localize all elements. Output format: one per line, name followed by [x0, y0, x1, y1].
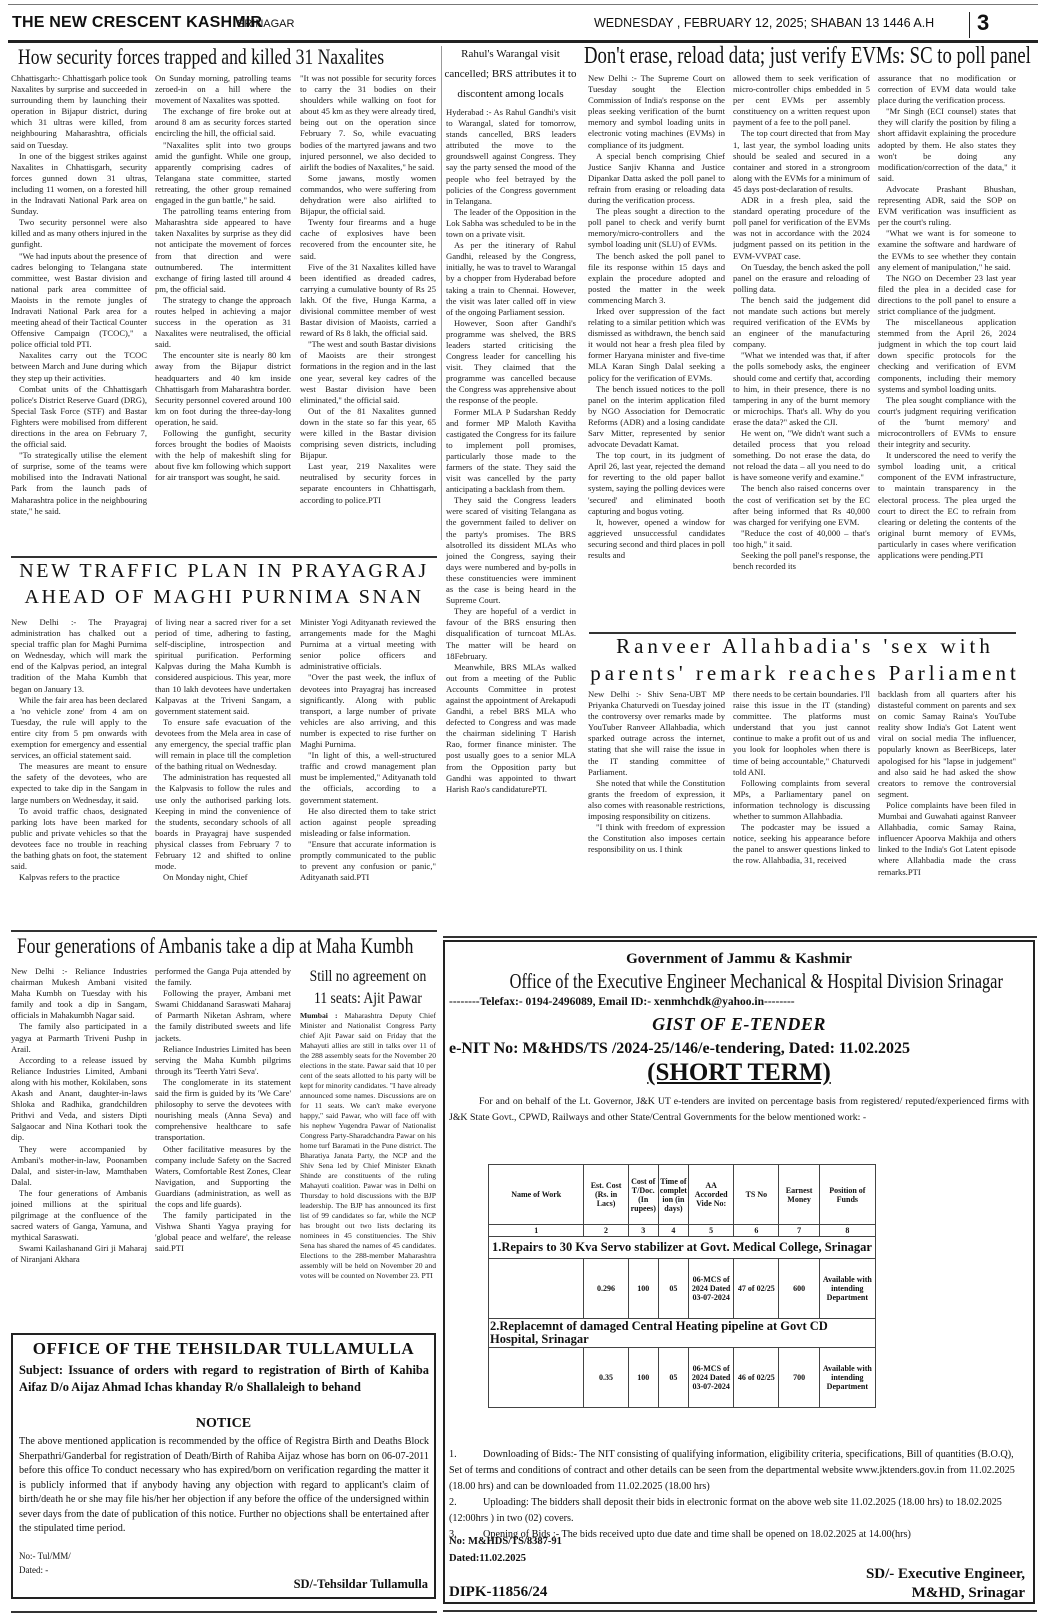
tender-ref-no: No: M&HDS/TS/8387-91 — [449, 1536, 562, 1547]
col-number: 1 — [489, 1225, 584, 1237]
paragraph: New Delhi :- The Supreme Court on Tuesda… — [588, 73, 725, 151]
cell: 0.296 — [584, 1259, 628, 1319]
cell: Available with intending Department — [819, 1348, 875, 1408]
paragraph: On Tuesday, the bench asked the poll pan… — [733, 262, 870, 295]
pawar-headline: Still no agreement on 11 seats: Ajit Paw… — [299, 966, 437, 1010]
work-title: 2.Replacemnt of damaged Central Heating … — [489, 1319, 876, 1348]
paragraph: Irked over suppression of the fact relat… — [588, 306, 725, 384]
cell: 06-MCS of 2024 Dated 03-07-2024 — [689, 1348, 734, 1408]
paragraph: The family also participated in a yagya … — [11, 1021, 147, 1054]
col-header: Position of Funds — [819, 1165, 875, 1225]
paragraph: The bench also raised concerns over the … — [733, 483, 870, 527]
cell: 100 — [628, 1259, 658, 1319]
traffic-col-3: Minister Yogi Adityanath reviewed the ar… — [300, 617, 436, 927]
cell — [489, 1259, 584, 1319]
masthead-divider — [969, 12, 970, 38]
paragraph: The top court directed that from May 1, … — [733, 128, 870, 195]
masthead: THE NEW CRESCENT KASHMIR SRINAGAR WEDNES… — [12, 12, 1036, 40]
ranveer-col-1: New Delhi :- Shiv Sena-UBT MP Priyanka C… — [588, 689, 725, 934]
paragraph: Out of the 81 Naxalites gunned down in t… — [300, 406, 436, 461]
tender-ref-dated: Dated:11.02.2025 — [449, 1553, 526, 1564]
warangal-headline: Rahul's Warangal visit cancelled; BRS at… — [444, 44, 577, 104]
paragraph: The NGO on December 23 last year filed t… — [878, 273, 1016, 317]
paragraph: Minister Yogi Adityanath reviewed the ar… — [300, 617, 436, 672]
headline-line: Ranveer Allahbadia's 'sex with — [580, 633, 1030, 660]
paragraph: ADR in a fresh plea, said the standard o… — [733, 195, 870, 262]
note-text: Downloading of Bids:- The NIT consisting… — [449, 1449, 1015, 1492]
evm-col-1: New Delhi :- The Supreme Court on Tuesda… — [588, 73, 725, 631]
paragraph: The measures are meant to ensure the saf… — [11, 761, 147, 805]
paragraph: "It was not possible for security forces… — [300, 73, 436, 173]
col-header: TS No — [734, 1165, 779, 1225]
tender-note-2: 2.Uploading: The bidders shall deposit t… — [449, 1495, 1029, 1527]
paragraph: New Delhi :- The Prayagraj administratio… — [11, 617, 147, 695]
paragraph: However, Soon after Gandhi's programme w… — [446, 318, 576, 407]
newspaper-city: SRINAGAR — [237, 18, 294, 30]
paragraph: Some jawans, mostly women commandos, who… — [300, 173, 436, 217]
paragraph: The bench said the judgement did not man… — [733, 295, 870, 350]
paragraph: "Ensure that accurate information is pro… — [300, 839, 436, 883]
paragraph: Five of the 31 Naxalites killed have bee… — [300, 262, 436, 340]
paragraph: While the fair area has been declared a … — [11, 695, 147, 762]
paragraph: Following the gunfight, security forces … — [155, 428, 291, 483]
ranveer-col-2: there needs to be certain boundaries. I'… — [733, 689, 870, 934]
paragraph: He went on, "We didn't want such a detai… — [733, 428, 870, 483]
note-text: Uploading: The bidders shall deposit the… — [449, 1497, 1002, 1524]
issue-date: WEDNESDAY , FEBRUARY 12, 2025; SHABAN 13… — [594, 16, 934, 30]
column-divider — [441, 46, 442, 540]
paragraph: In one of the biggest strikes against Na… — [11, 151, 147, 218]
naxal-col-3: "It was not possible for security forces… — [300, 73, 436, 539]
paragraph: They were accompanied by Ambani's mother… — [11, 1144, 147, 1188]
tender-enit: e-NIT No: M&HDS/TS /2024-25/146/e-tender… — [449, 1040, 910, 1058]
cell: 06-MCS of 2024 Dated 03-07-2024 — [689, 1259, 734, 1319]
note-number: 2. — [449, 1495, 483, 1511]
headline-line: 11 seats: Ajit Pawar — [309, 988, 426, 1010]
evm-headline: Don't erase, reload data; just verify EV… — [584, 43, 1031, 70]
traffic-col-1: New Delhi :- The Prayagraj administratio… — [11, 617, 147, 927]
evm-col-2: allowed them to seek verification of mic… — [733, 73, 870, 631]
tender-work-row: 0.296 100 05 06-MCS of 2024 Dated 03-07-… — [489, 1259, 876, 1319]
paragraph: New Delhi :- Shiv Sena-UBT MP Priyanka C… — [588, 689, 725, 778]
paragraph: Swami Kailashanand Giri ji Maharaj of Ni… — [11, 1243, 147, 1265]
paragraph: "The west and south Bastar divisions of … — [300, 339, 436, 406]
tehsildar-signature: SD/-Tehsildar Tullamulla — [294, 1577, 428, 1592]
pawar-body: Mumbai : Maharashtra Deputy Chief Minist… — [300, 1011, 436, 1327]
paragraph: The leader of the Opposition in the Lok … — [446, 207, 576, 240]
ambani-col-2: performed the Ganga Puja attended by the… — [155, 966, 291, 1314]
cell: Available with intending Department — [819, 1259, 875, 1319]
paragraph: The strategy to change the approach rout… — [155, 295, 291, 350]
paragraph: The conglomerate in its statement said t… — [155, 1077, 291, 1144]
col-number: 4 — [658, 1225, 688, 1237]
work-title: 1.Repairs to 30 Kva Servo stabilizer at … — [489, 1237, 876, 1259]
tender-col-numbers: 1 2 3 4 5 6 7 8 — [489, 1225, 876, 1237]
paragraph: She noted that while the Constitution gr… — [588, 778, 725, 822]
col-number: 8 — [819, 1225, 875, 1237]
paragraph: "What we intended was that, if after the… — [733, 350, 870, 428]
tender-work-title-row: 1.Repairs to 30 Kva Servo stabilizer at … — [489, 1237, 876, 1259]
top-rule — [8, 4, 1038, 5]
paragraph: The pleas sought a direction to the poll… — [588, 206, 725, 250]
paragraph: Twenty four firearms and a huge cache of… — [300, 217, 436, 261]
paragraph: Seeking the poll panel's response, the b… — [733, 550, 870, 572]
section-rule — [11, 1611, 437, 1613]
headline-line: Still no agreement on — [309, 966, 426, 988]
newspaper-name: THE NEW CRESCENT KASHMIR — [12, 14, 262, 32]
paragraph: Other facilitative measures by the compa… — [155, 1144, 291, 1211]
note-number: 1. — [449, 1447, 483, 1463]
paragraph: "In light of this, a well-structured tra… — [300, 750, 436, 805]
section-rule — [11, 930, 437, 932]
cell: 46 of 02/25 — [734, 1348, 779, 1408]
traffic-col-2: of living near a sacred river for a set … — [155, 617, 291, 927]
paragraph: The administration has requested all the… — [155, 772, 291, 872]
col-number: 5 — [689, 1225, 734, 1237]
tender-contact: --------Telefax:- 0194-2496089, Email ID… — [449, 996, 795, 1008]
tender-term: (SHORT TERM) — [445, 1059, 1033, 1087]
paragraph: The bench issued notices to the poll pan… — [588, 384, 725, 451]
col-header: Earnest Money — [779, 1165, 819, 1225]
col-number: 2 — [584, 1225, 628, 1237]
traffic-headline: NEW TRAFFIC PLAN IN PRAYAGRAJ AHEAD OF M… — [11, 558, 437, 610]
paragraph: As per the itinerary of Rahul Gandhi, re… — [446, 240, 576, 318]
headline-line: NEW TRAFFIC PLAN IN PRAYAGRAJ — [11, 558, 437, 584]
tender-government: Government of Jammu & Kashmir — [445, 951, 1033, 968]
paragraph: The exchange of fire broke out at around… — [155, 106, 291, 139]
paragraph: Advocate Prashant Bhushan, representing … — [878, 184, 1016, 228]
paragraph: They are hopeful of a verdict in favour … — [446, 606, 576, 661]
tehsildar-ref-no: No:- Tul/MM/ — [19, 1551, 71, 1561]
headline-line: parents' remark reaches Parliament — [580, 660, 1030, 687]
cell: 0.35 — [584, 1348, 628, 1408]
paragraph: allowed them to seek verification of mic… — [733, 73, 870, 128]
col-header: Est. Cost (Rs. in Lacs) — [584, 1165, 628, 1225]
paragraph: "Reduce the cost of 40,000 – that's too … — [733, 528, 870, 550]
cell: 05 — [658, 1348, 688, 1408]
section-rule — [443, 1610, 1037, 1612]
paragraph: Police complaints have been filed in Mum… — [878, 800, 1016, 878]
tender-notes: 1.Downloading of Bids:- The NIT consisti… — [449, 1447, 1029, 1543]
tender-table-header: Name of Work Est. Cost (Rs. in Lacs) Cos… — [489, 1165, 876, 1225]
naxal-col-2: On Sunday morning, patrolling teams zero… — [155, 73, 291, 539]
paragraph: of living near a sacred river for a set … — [155, 617, 291, 717]
tender-work-row: 0.35 100 05 06-MCS of 2024 Dated 03-07-2… — [489, 1348, 876, 1408]
e-tender-box: Government of Jammu & Kashmir Office of … — [443, 940, 1035, 1604]
pawar-text: Maharashtra Deputy Chief Minister and Na… — [300, 1011, 436, 1280]
paragraph: "I think with freedom of expression the … — [588, 822, 725, 855]
headline-line: Rahul's Warangal visit — [444, 44, 577, 64]
cell: 05 — [658, 1259, 688, 1319]
paragraph: Kalpvas refers to the practice — [11, 872, 147, 883]
paragraph: Former MLA P Sudarshan Reddy and former … — [446, 407, 576, 496]
paragraph: Last year, 219 Naxalites were neutralise… — [300, 461, 436, 505]
paragraph: The four generations of Ambanis joined m… — [11, 1188, 147, 1243]
tender-dipk: DIPK-11856/24 — [449, 1584, 547, 1601]
paragraph: On Monday night, Chief — [155, 872, 291, 883]
paragraph: Following the prayer, Ambani met Swami C… — [155, 988, 291, 1043]
paragraph: "Mr Singh (ECI counsel) states that they… — [878, 106, 1016, 184]
tender-work-title-row: 2.Replacemnt of damaged Central Heating … — [489, 1319, 876, 1348]
paragraph: "We had inputs about the presence of cad… — [11, 251, 147, 351]
tender-signature-1: SD/- Executive Engineer, — [866, 1566, 1025, 1583]
col-header: Name of Work — [489, 1165, 584, 1225]
paragraph: On Sunday morning, patrolling teams zero… — [155, 73, 291, 106]
paragraph: It, however, opened a window for aggriev… — [588, 517, 725, 561]
paragraph: assurance that no modification or correc… — [878, 73, 1016, 106]
tehsildar-notice-box: OFFICE OF THE TEHSILDAR TULLAMULLA Subje… — [11, 1333, 436, 1599]
paragraph: there needs to be certain boundaries. I'… — [733, 689, 870, 778]
paragraph: "Over the past week, the influx of devot… — [300, 672, 436, 750]
paragraph: Meanwhile, BRS MLAs walked out from a me… — [446, 662, 576, 795]
cell: 47 of 02/25 — [734, 1259, 779, 1319]
paragraph: Following complaints from several MPs, a… — [733, 778, 870, 822]
paragraph: backlash from all quarters after his dis… — [878, 689, 1016, 800]
warangal-body: Hyderabad :- As Rahul Gandhi's visit to … — [446, 107, 576, 929]
paragraph: New Delhi :- Reliance Industries chairma… — [11, 966, 147, 1021]
tender-table: Name of Work Est. Cost (Rs. in Lacs) Cos… — [488, 1164, 876, 1408]
paragraph: performed the Ganga Puja attended by the… — [155, 966, 291, 988]
col-number: 6 — [734, 1225, 779, 1237]
tender-signature-2: M&HD, Srinagar — [912, 1585, 1025, 1602]
paragraph: A special bench comprising Chief Justice… — [588, 151, 725, 206]
evm-col-3: assurance that no modification or correc… — [878, 73, 1016, 631]
tehsildar-body: The above mentioned application is recom… — [19, 1435, 429, 1537]
section-rule — [443, 936, 1037, 938]
paragraph: The patrolling teams entering from Mahar… — [155, 206, 291, 295]
paragraph: The podcaster may be issued a notice, se… — [733, 822, 870, 866]
tender-note-1: 1.Downloading of Bids:- The NIT consisti… — [449, 1447, 1029, 1495]
tender-intro: For and on behalf of the Lt. Governor, J… — [449, 1094, 1029, 1125]
tehsildar-notice-heading: NOTICE — [13, 1416, 434, 1432]
pawar-dateline: Mumbai : — [300, 1011, 337, 1020]
paragraph: The bench asked the poll panel to file i… — [588, 251, 725, 306]
paragraph: They said the Congress leaders were scar… — [446, 495, 576, 606]
paragraph: "What we want is for someone to examine … — [878, 228, 1016, 272]
col-number: 3 — [628, 1225, 658, 1237]
paragraph: The top court, in its judgment of April … — [588, 450, 725, 517]
headline-line: discontent among locals — [444, 84, 577, 104]
headline-line: AHEAD OF MAGHI PURNIMA SNAN — [11, 584, 437, 610]
cell — [489, 1348, 584, 1408]
paragraph: The encounter site is nearly 80 km away … — [155, 350, 291, 428]
paragraph: According to a release issued by Relianc… — [11, 1055, 147, 1144]
ranveer-headline: Ranveer Allahbadia's 'sex with parents' … — [580, 633, 1030, 687]
ambani-col-1: New Delhi :- Reliance Industries chairma… — [11, 966, 147, 1314]
tender-office: Office of the Executive Engineer Mechani… — [510, 969, 969, 994]
paragraph: "Naxalites split into two groups amid th… — [155, 140, 291, 207]
col-number: 7 — [779, 1225, 819, 1237]
naxal-headline: How security forces trapped and killed 3… — [18, 44, 384, 70]
tehsildar-dated: Dated: - — [19, 1565, 48, 1575]
ranveer-col-3: backlash from all quarters after his dis… — [878, 689, 1016, 934]
paragraph: The family participated in the Vishwa Sh… — [155, 1210, 291, 1254]
cell: 600 — [779, 1259, 819, 1319]
paragraph: He also directed them to take strict act… — [300, 806, 436, 839]
paragraph: It underscored the need to verify the sy… — [878, 450, 1016, 561]
col-header: Cost of T/Doc. (In rupees) — [628, 1165, 658, 1225]
page-number: 3 — [977, 10, 989, 36]
paragraph: To ensure safe evacuation of the devotee… — [155, 717, 291, 772]
tehsildar-subject: Subject: Issuance of orders with regard … — [19, 1362, 429, 1395]
paragraph: Reliance Industries Limited has been ser… — [155, 1044, 291, 1077]
paragraph: Naxalites carry out the TCOC between Mar… — [11, 350, 147, 383]
tehsildar-title: OFFICE OF THE TEHSILDAR TULLAMULLA — [13, 1339, 434, 1359]
cell: 100 — [628, 1348, 658, 1408]
paragraph: The plea sought compliance with the cour… — [878, 395, 1016, 450]
paragraph: The miscellaneous application stemmed fr… — [878, 317, 1016, 395]
cell: 700 — [779, 1348, 819, 1408]
paragraph: "To strategically utilise the element of… — [11, 450, 147, 517]
paragraph: Chhattisgarh:- Chhattisgarh police took … — [11, 73, 147, 151]
col-header: AA Accorded Vide No: — [689, 1165, 734, 1225]
paragraph: Hyderabad :- As Rahul Gandhi's visit to … — [446, 107, 576, 207]
col-header: Time of complet ion (in days) — [658, 1165, 688, 1225]
paragraph: To avoid traffic chaos, designated parki… — [11, 806, 147, 873]
paragraph: Combat units of the Chhattisgarh police'… — [11, 384, 147, 451]
headline-line: cancelled; BRS attributes it to — [444, 64, 577, 84]
paragraph: Two security personnel were also killed … — [11, 217, 147, 250]
tender-gist-heading: GIST OF E-TENDER — [445, 1014, 1033, 1035]
naxal-col-1: Chhattisgarh:- Chhattisgarh police took … — [11, 73, 147, 539]
ambani-headline: Four generations of Ambanis take a dip a… — [17, 933, 413, 959]
